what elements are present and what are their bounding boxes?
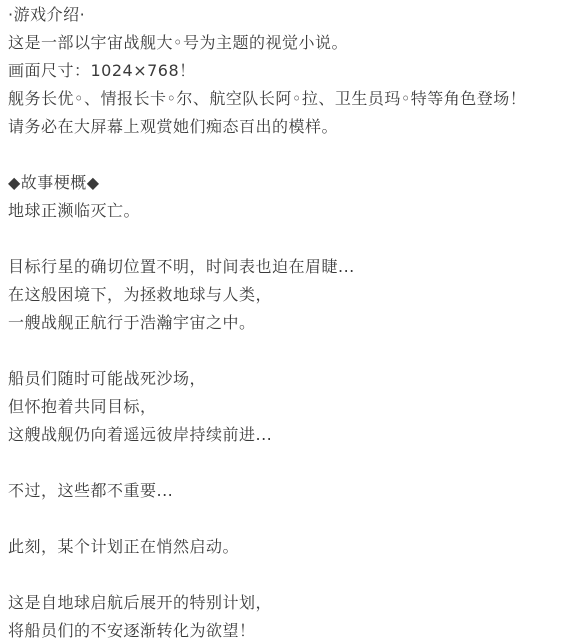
- text-line: 将船员们的不安逐渐转化为欲望！: [8, 617, 556, 639]
- blank-line: [8, 337, 556, 365]
- blank-line: [8, 225, 556, 253]
- blank-line: [8, 449, 556, 477]
- text-line: 地球正濒临灭亡。: [8, 197, 556, 225]
- text-line: 请务必在大屏幕上观赏她们痴态百出的模样。: [8, 113, 556, 141]
- text-line: 目标行星的确切位置不明，时间表也迫在眉睫...: [8, 253, 556, 281]
- text-line: 这是自地球启航后展开的特别计划，: [8, 589, 556, 617]
- game-description-document: ·游戏介绍·这是一部以宇宙战舰大◦号为主题的视觉小说。画面尺寸：1024×768…: [0, 0, 562, 639]
- section-header-story-synopsis: ◆故事梗概◆: [8, 169, 556, 197]
- text-line: 这是一部以宇宙战舰大◦号为主题的视觉小说。: [8, 29, 556, 57]
- blank-line: [8, 561, 556, 589]
- text-line: 舰务长优◦、情报长卡◦尔、航空队长阿◦拉、卫生员玛◦特等角色登场！: [8, 85, 556, 113]
- text-line: 一艘战舰正航行于浩瀚宇宙之中。: [8, 309, 556, 337]
- blank-line: [8, 505, 556, 533]
- text-line: 画面尺寸：1024×768！: [8, 57, 556, 85]
- text-line: 不过，这些都不重要...: [8, 477, 556, 505]
- text-line: 船员们随时可能战死沙场，: [8, 365, 556, 393]
- text-line: 在这般困境下，为拯救地球与人类，: [8, 281, 556, 309]
- blank-line: [8, 141, 556, 169]
- section-header-game-intro: ·游戏介绍·: [8, 1, 556, 29]
- text-line: 但怀抱着共同目标，: [8, 393, 556, 421]
- text-line: 这艘战舰仍向着遥远彼岸持续前进...: [8, 421, 556, 449]
- text-line: 此刻，某个计划正在悄然启动。: [8, 533, 556, 561]
